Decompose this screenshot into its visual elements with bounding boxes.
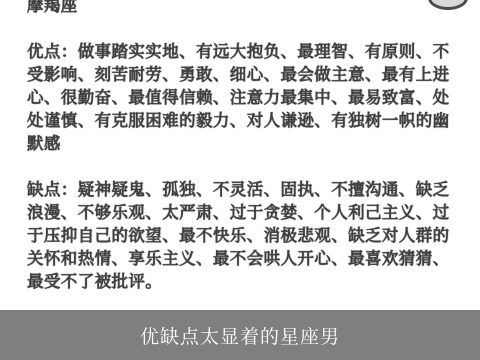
image-canvas: 摩羯座 优点：做事踏实实地、有远大抱负、最理智、有原则、不受影响、刻苦耐劳、勇敢…: [0, 0, 480, 360]
pros-paragraph: 优点：做事踏实实地、有远大抱负、最理智、有原则、不受影响、刻苦耐劳、勇敢、细心、…: [27, 40, 457, 155]
caption-bar: 优缺点太显着的星座男: [0, 310, 480, 360]
spacer: [27, 17, 457, 40]
spacer: [27, 155, 457, 178]
caption-text: 优缺点太显着的星座男: [140, 322, 340, 349]
article-text-block: 摩羯座 优点：做事踏实实地、有远大抱负、最理智、有原则、不受影响、刻苦耐劳、勇敢…: [27, 0, 457, 293]
zodiac-title: 摩羯座: [27, 0, 457, 17]
cons-paragraph: 缺点：疑神疑鬼、孤独、不灵活、固执、不擅沟通、缺乏浪漫、不够乐观、太严肃、过于贪…: [27, 178, 457, 293]
